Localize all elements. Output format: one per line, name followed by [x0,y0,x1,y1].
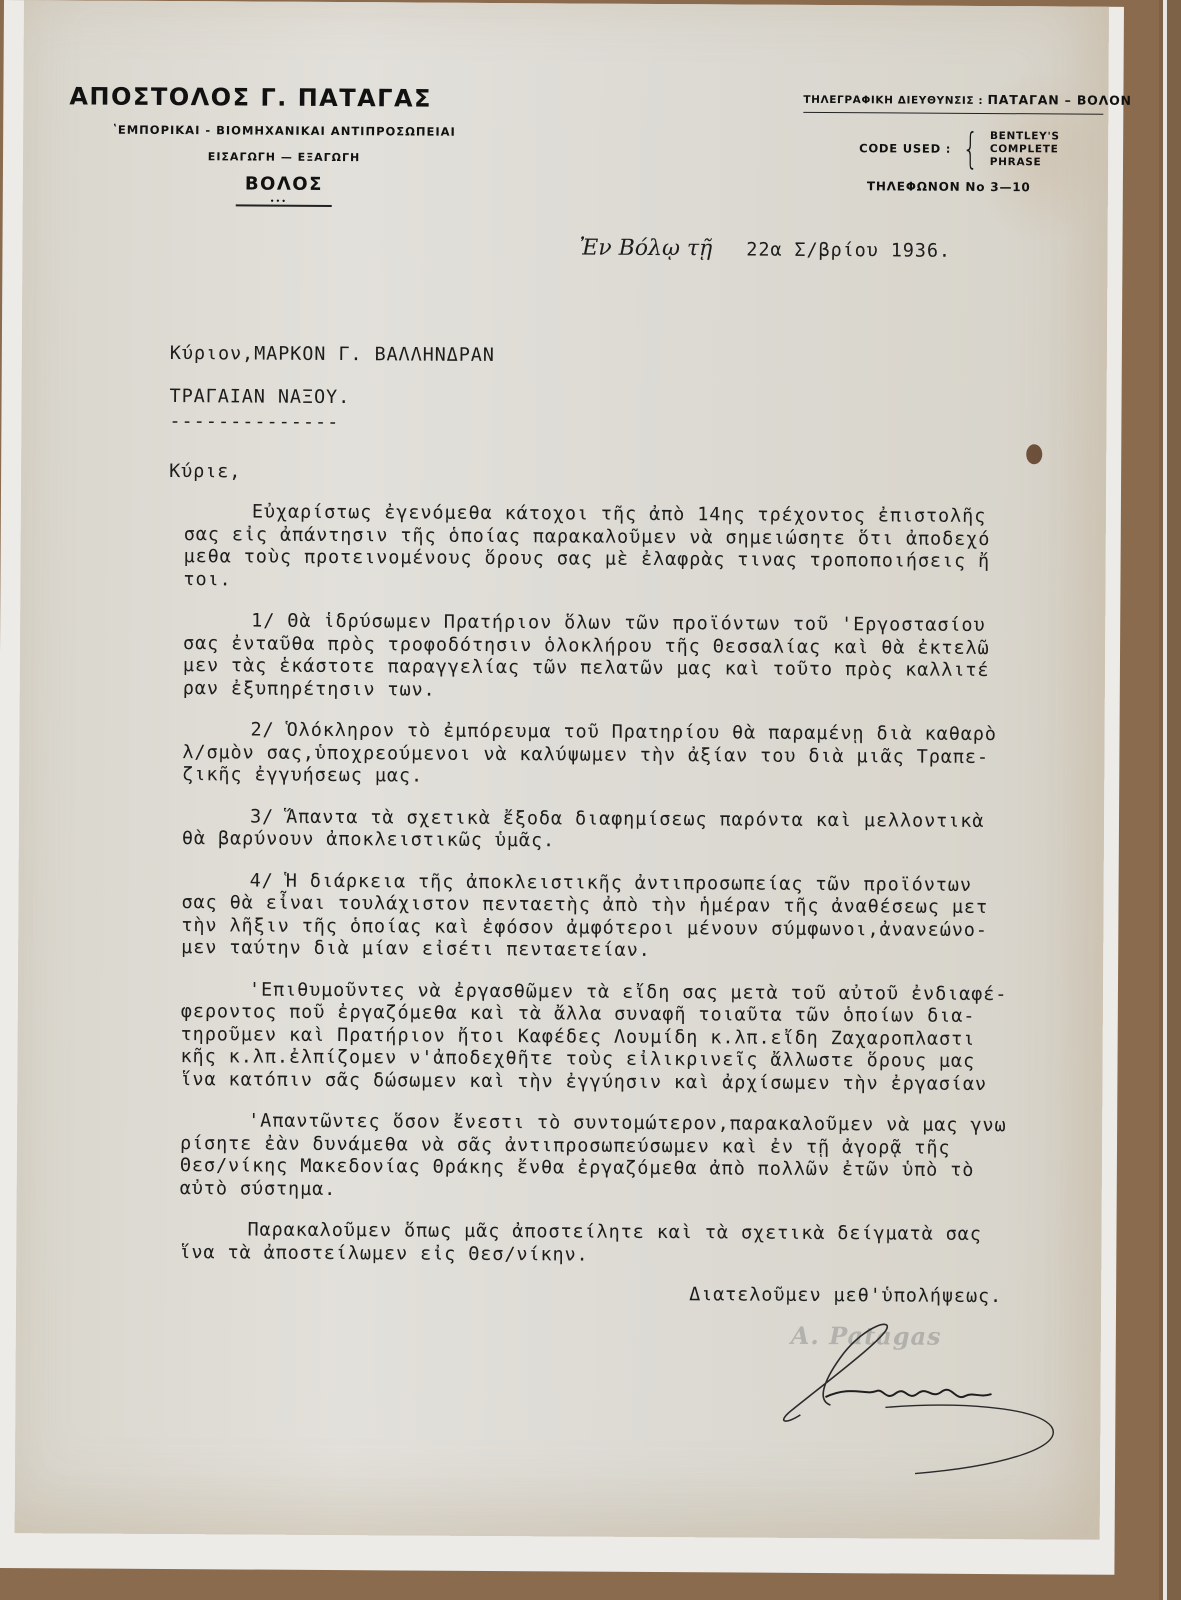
brace-icon: { [962,128,978,170]
dateline-date: 22α Σ/βρίου 1936. [746,240,951,262]
code-names: BENTLEY'S COMPLETE PHRASE [990,130,1060,169]
signature-icon [755,1305,1076,1477]
recipient-underline: -------------- [169,411,494,434]
recipient-name: Κύριον,ΜΑΡΚΟΝ Γ. ΒΑΛΛΗΝΔΡΑΝ [170,343,495,366]
paragraph: 'Απαντῶντες ὅσον ἔνεστι τὸ συντομώτερον,… [180,1110,1121,1206]
paragraph: 4/ Ἡ διάρκεια τῆς ἀποκλειστικῆς ἀντιπροσ… [181,870,1122,966]
dateline: Ἐν Βόλῳ τῇ 22α Σ/βρίου 1936. [579,236,951,263]
paragraph: 'Επιθυμοῦντες νὰ ἐργασθῶμεν τὰ εἴδη σας … [180,979,1121,1097]
code-line: BENTLEY'S [990,130,1060,143]
letterhead-right: ΤΗΛΕΓΡΑΦΙΚΗ ΔΙΕΥΘΥΝΣΙΣ : ΠΑΤΑΓΑΝ – ΒΟΛΟΝ… [803,91,1104,195]
code-used: CODE USED : { BENTLEY'S COMPLETE PHRASE [859,127,1103,170]
city: ΒΟΛΟΣ [69,172,499,196]
trade-type: ΕΙΣΑΓΩΓΗ — ΕΞΑΓΩΓΗ [69,149,499,165]
paragraph: Παρακαλοῦμεν ὅπως μᾶς ἀποστείλητε καὶ τὰ… [179,1219,1119,1270]
paragraph: 1/ Θὰ ἱδρύσωμεν Πρατήριον ὅλων τῶν προϊό… [183,610,1124,706]
paragraph: 2/ Ὁλόκληρον τὸ ἐμπόρευμα τοῦ Πρατηρίου … [182,719,1122,792]
company-name: ΑΠΟΣΤΟΛΟΣ Γ. ΠΑΤΑΓΑΣ [69,82,499,113]
code-label: CODE USED : [859,141,951,156]
ornament-rule [236,204,332,207]
code-line: COMPLETE [990,143,1060,156]
paragraph: Εὐχαρίστως ἐγενόμεθα κάτοχοι τῆς ἀπὸ 14η… [183,501,1124,597]
letterhead-left: ΑΠΟΣΤΟΛΟΣ Γ. ΠΑΤΑΓΑΣ ʽΕΜΠΟΡΙΚΑΙ - ΒΙΟΜΗΧ… [69,82,500,208]
business-type: ʽΕΜΠΟΡΙΚΑΙ - ΒΙΟΜΗΧΑΝΙΚΑΙ ΑΝΤΙΠΡΟΣΩΠΕΙΑΙ [69,122,499,139]
dateline-script: Ἐν Βόλῳ τῇ [579,236,712,262]
ink-stain [1026,444,1042,464]
code-line: PHRASE [990,156,1060,169]
letter-paper: ΑΠΟΣΤΟΛΟΣ Γ. ΠΑΤΑΓΑΣ ʽΕΜΠΟΡΙΚΑΙ - ΒΙΟΜΗΧ… [15,0,1109,1540]
photo-mat: ΑΠΟΣΤΟΛΟΣ Γ. ΠΑΤΑΓΑΣ ʽΕΜΠΟΡΙΚΑΙ - ΒΙΟΜΗΧ… [0,0,1124,1575]
paragraph: 3/ Ἅπαντα τὰ σχετικὰ ἔξοδα διαφημίσεως π… [182,806,1122,857]
salutation: Κύριε, [169,461,241,482]
recipient-place: ΤΡΑΓΑΙΑΝ ΝΑΞΟΥ. [170,386,495,409]
closing: Διατελοῦμεν μεθ'ὑπολήψεως. [689,1284,1002,1307]
letter-body: Εὐχαρίστως ἐγενόμεθα κάτοχοι τῆς ἀπὸ 14η… [179,501,1124,1289]
telegraphic-address: ΤΗΛΕΓΡΑΦΙΚΗ ΔΙΕΥΘΥΝΣΙΣ : ΠΑΤΑΓΑΝ – ΒΟΛΟΝ [803,91,1103,115]
phone-number: ΤΗΛΕΦΩΝΟΝ No 3—10 [867,179,1103,194]
recipient-block: Κύριον,ΜΑΡΚΟΝ Γ. ΒΑΛΛΗΝΔΡΑΝ ΤΡΑΓΑΙΑΝ ΝΑΞ… [169,343,495,434]
telegraphic-value: ΠΑΤΑΓΑΝ – ΒΟΛΟΝ [987,92,1131,108]
telegraphic-label: ΤΗΛΕΓΡΑΦΙΚΗ ΔΙΕΥΘΥΝΣΙΣ : [803,94,983,107]
frame-edge [1159,0,1181,1600]
